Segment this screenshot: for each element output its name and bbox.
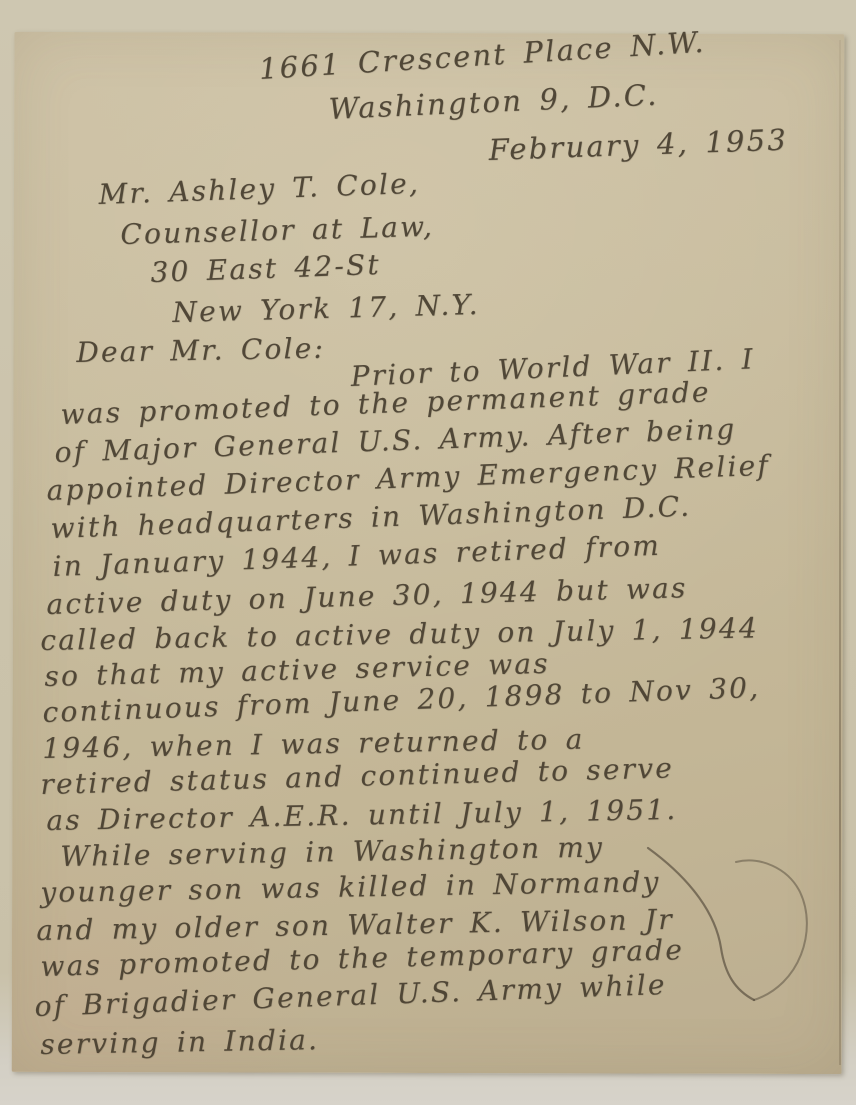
letter-photo: 1661 Crescent Place N.W. Washington 9, D… (0, 0, 856, 1105)
letter-paper (12, 32, 845, 1074)
paper-right-edge (839, 40, 841, 1065)
